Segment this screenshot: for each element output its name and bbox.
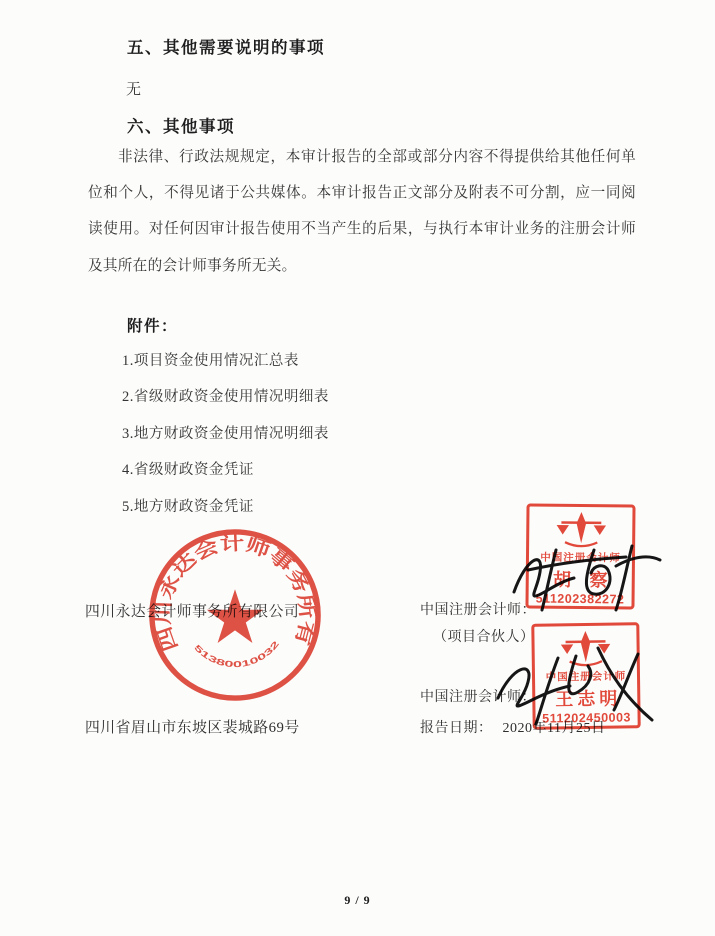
section6-heading: 六、其他事项	[127, 113, 235, 137]
section6-paragraph: 非法律、行政法规规定，本审计报告的全部或部分内容不得提供给其他任何单位和个人，不…	[88, 139, 636, 284]
signature-partner	[498, 536, 666, 618]
attachment-item-1: 1.项目资金使用情况汇总表	[122, 343, 329, 379]
page-number: 9 / 9	[0, 893, 715, 908]
firm-round-seal: 四川永达会计师事务所有限公司 5138001003236	[146, 526, 324, 704]
attachment-item-2: 2.省级财政资金使用情况明细表	[122, 379, 329, 415]
round-seal-star	[207, 589, 263, 643]
section5-heading: 五、其他需要说明的事项	[127, 34, 325, 58]
section5-body: 无	[126, 78, 141, 99]
attachments-list: 1.项目资金使用情况汇总表 2.省级财政资金使用情况明细表 3.地方财政资金使用…	[122, 343, 329, 525]
signature-second	[486, 636, 668, 732]
attachment-item-5: 5.地方财政资金凭证	[122, 489, 329, 525]
firm-address: 四川省眉山市东坡区裴城路69号	[85, 716, 300, 737]
attachment-item-4: 4.省级财政资金凭证	[122, 452, 329, 488]
round-seal-ring-text: 四川永达会计师事务所有限公司	[146, 526, 319, 654]
attachment-item-3: 3.地方财政资金使用情况明细表	[122, 416, 329, 452]
report-date-label: 报告日期：	[420, 721, 493, 736]
audit-report-page: 五、其他需要说明的事项 无 六、其他事项 非法律、行政法规规定，本审计报告的全部…	[0, 0, 715, 936]
svg-text:四川永达会计师事务所有限公司: 四川永达会计师事务所有限公司	[146, 526, 319, 654]
attachments-heading: 附件：	[127, 314, 178, 336]
